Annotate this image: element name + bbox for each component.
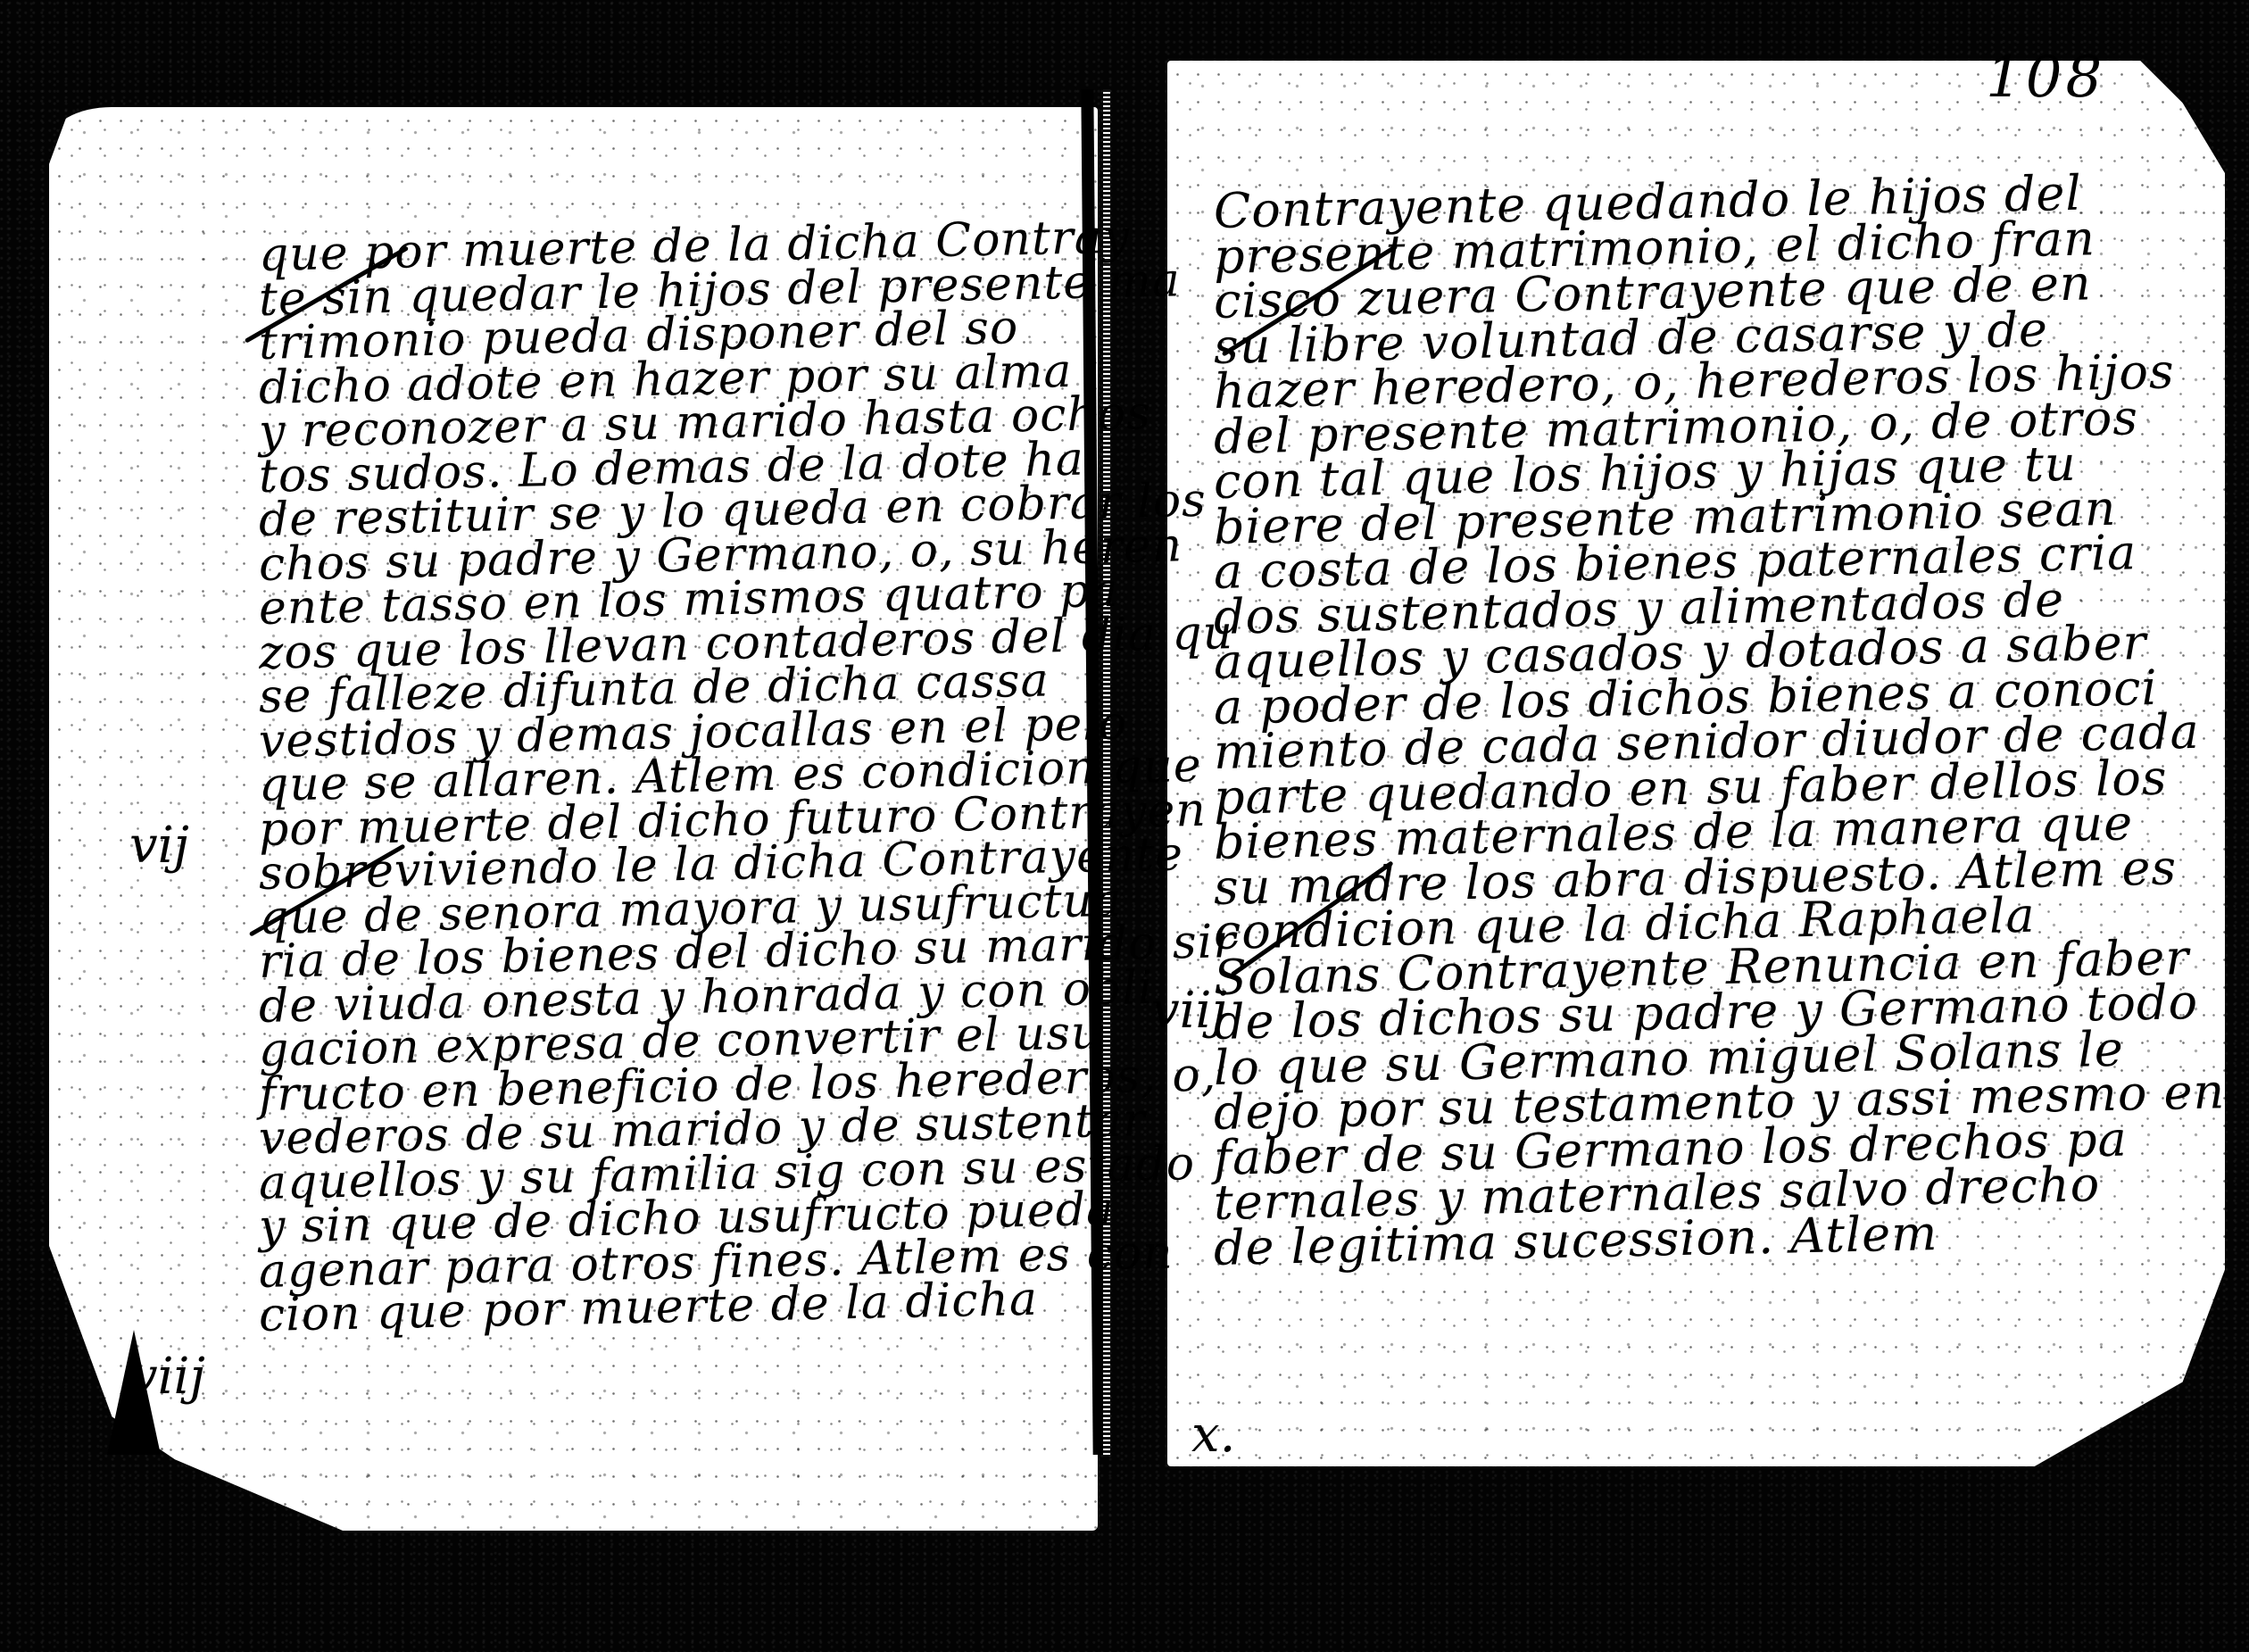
right-margin-note: viij xyxy=(1151,982,1227,1040)
folio-number: 108 xyxy=(1986,45,2105,111)
left-margin-note: viij xyxy=(129,1348,205,1406)
left-margin-note: vij xyxy=(129,817,189,875)
manuscript-line: cion que por muerte de la dicha xyxy=(258,1276,1116,1339)
right-page-text: Contrayente quedando le hijos del presen… xyxy=(1214,189,2213,1271)
right-margin-note: x. xyxy=(1191,1406,1235,1464)
left-page-text: que por muerte de la dicha Contray te si… xyxy=(259,234,1116,1339)
